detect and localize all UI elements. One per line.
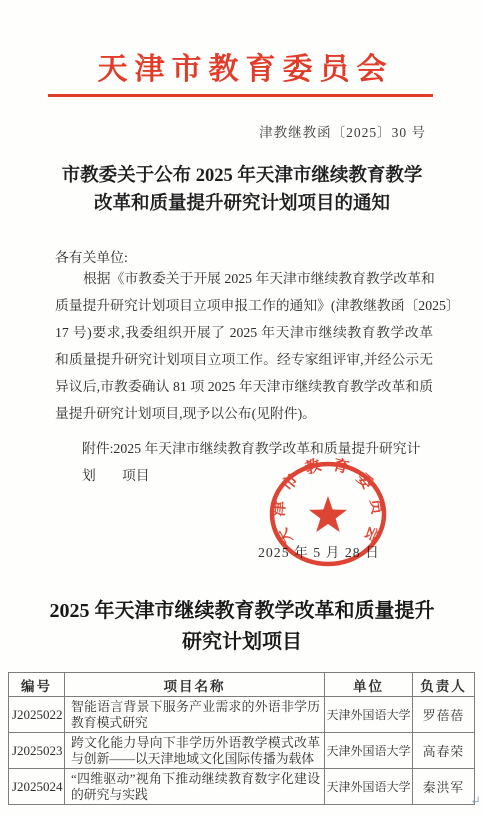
body-line: 异议后,市教委确认 81 项 2025 年天津市继续教育教学改革和质: [55, 373, 433, 400]
body-line: 质量提升研究计划项目立项申报工作的通知》(津教继教函〔2025〕: [55, 292, 433, 319]
project-unit: 天津外国语大学: [325, 733, 413, 769]
table-header-row: 编号 项目名称 单位 负责人: [9, 673, 475, 697]
project-unit: 天津外国语大学: [325, 697, 413, 733]
notice-title-line1: 市教委关于公布 2025 年天津市继续教育教学: [25, 162, 459, 190]
col-header-name: 项目名称: [65, 673, 325, 697]
project-table: 编号 项目名称 单位 负责人 J2025022 智能语言背景下服务产业需求的外语…: [8, 672, 475, 805]
col-header-unit: 单位: [325, 673, 413, 697]
project-leader: 罗蓓蓓: [413, 697, 475, 733]
body-line: 量提升研究计划项目,现予以公布(见附件)。: [55, 400, 433, 427]
project-unit: 天津外国语大学: [325, 769, 413, 805]
document-page: 天津市教育委员会 津教继教函〔2025〕30 号 市教委关于公布 2025 年天…: [0, 0, 484, 815]
org-header: 天津市教育委员会: [0, 44, 484, 88]
notice-title-line2: 改革和质量提升研究计划项目的通知: [25, 190, 459, 218]
doc-number: 津教继教函〔2025〕30 号: [259, 121, 426, 141]
project-leader: 秦洪军: [413, 769, 475, 805]
salutation: 各有关单位:: [55, 246, 128, 266]
annex-title-line1: 2025 年天津市继续教育教学改革和质量提升: [20, 596, 464, 627]
letter-body: 根据《市教委关于开展 2025 年天津市继续教育教学改革和 质量提升研究计划项目…: [55, 265, 433, 427]
notice-title: 市教委关于公布 2025 年天津市继续教育教学 改革和质量提升研究计划项目的通知: [25, 162, 459, 218]
annex-title: 2025 年天津市继续教育教学改革和质量提升 研究计划项目: [20, 596, 464, 658]
body-line: 17 号)要求,我委组织开展了 2025 年天津市继续教育教学改革: [55, 319, 433, 346]
project-name: 跨文化能力导向下非学历外语教学模式改革与创新——以天津地域文化国际传播为载体: [65, 733, 325, 769]
project-id: J2025024: [9, 769, 65, 805]
project-id: J2025023: [9, 733, 65, 769]
project-id: J2025022: [9, 697, 65, 733]
table-row: J2025022 智能语言背景下服务产业需求的外语非学历教育模式研究 天津外国语…: [9, 697, 475, 733]
red-divider: [48, 94, 433, 97]
table-row: J2025023 跨文化能力导向下非学历外语教学模式改革与创新——以天津地域文化…: [9, 733, 475, 769]
table-row: J2025024 “四维驱动”视角下推动继续教育数字化建设的研究与实践 天津外国…: [9, 769, 475, 805]
annex-title-line2: 研究计划项目: [20, 627, 464, 658]
col-header-leader: 负责人: [413, 673, 475, 697]
star-icon: [309, 496, 347, 532]
body-line: 和质量提升研究计划项目立项工作。经专家组评审,并经公示无: [55, 346, 433, 373]
official-seal: 天津市教育委员会: [265, 458, 391, 570]
project-leader: 高春荣: [413, 733, 475, 769]
return-mark-icon: ↵: [470, 793, 481, 809]
project-name: 智能语言背景下服务产业需求的外语非学历教育模式研究: [65, 697, 325, 733]
col-header-id: 编号: [9, 673, 65, 697]
body-line: 根据《市教委关于开展 2025 年天津市继续教育教学改革和: [55, 265, 433, 292]
project-name: “四维驱动”视角下推动继续教育数字化建设的研究与实践: [65, 769, 325, 805]
